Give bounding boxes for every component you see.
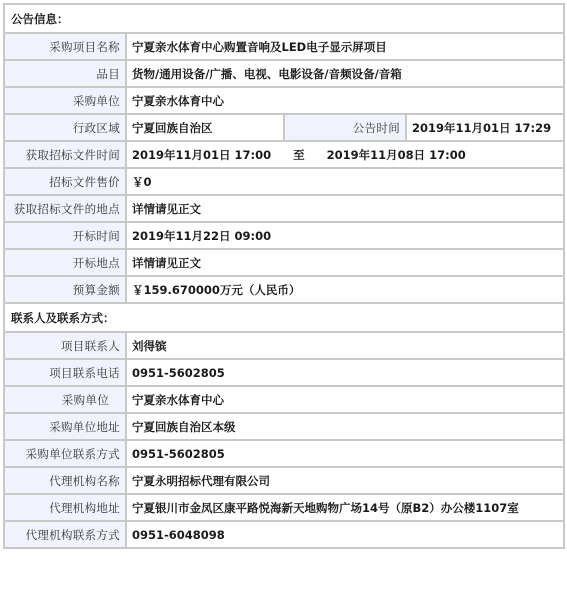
value-project-contact: 刘得镔 [126, 332, 564, 359]
value-purchaser: 宁夏亲水体育中心 [126, 87, 564, 114]
table-row: 开标地点 详情请见正文 [4, 249, 564, 276]
label-doc-time: 获取招标文件时间 [4, 141, 126, 168]
table-row: 采购单位地址 宁夏回族自治区本级 [4, 413, 564, 440]
value-agency-phone: 0951-6048098 [126, 521, 564, 548]
value-agency-address: 宁夏银川市金凤区康平路悦海新天地购物广场14号（原B2）办公楼1107室 [126, 494, 564, 521]
table-row: 开标时间 2019年11月22日 09:00 [4, 222, 564, 249]
section-title-announcement: 公告信息： [4, 4, 564, 33]
doc-time-start: 2019年11月01日 17:00 [132, 148, 271, 162]
table-row: 代理机构地址 宁夏银川市金凤区康平路悦海新天地购物广场14号（原B2）办公楼11… [4, 494, 564, 521]
table-row: 获取招标文件时间 2019年11月01日 17:00至2019年11月08日 1… [4, 141, 564, 168]
value-open-location: 详情请见正文 [126, 249, 564, 276]
table-row: 项目联系人 刘得镔 [4, 332, 564, 359]
label-purchaser-phone: 采购单位联系方式 [4, 440, 126, 467]
table-row: 代理机构联系方式 0951-6048098 [4, 521, 564, 548]
section-title-contacts: 联系人及联系方式： [4, 303, 564, 332]
label-agency-phone: 代理机构联系方式 [4, 521, 126, 548]
table-row: 采购项目名称 宁夏亲水体育中心购置音响及LED电子显示屏项目 [4, 33, 564, 60]
table-row: 预算金额 ￥159.670000万元（人民币） [4, 276, 564, 303]
table-row: 采购单位 宁夏亲水体育中心 [4, 87, 564, 114]
label-purchaser-address: 采购单位地址 [4, 413, 126, 440]
label-open-time: 开标时间 [4, 222, 126, 249]
value-purchaser-address: 宁夏回族自治区本级 [126, 413, 564, 440]
section-header-contacts: 联系人及联系方式： [4, 303, 564, 332]
label-doc-location: 获取招标文件的地点 [4, 195, 126, 222]
value-agency-name: 宁夏永明招标代理有限公司 [126, 467, 564, 494]
tender-notice: 公告信息： 采购项目名称 宁夏亲水体育中心购置音响及LED电子显示屏项目 品目 … [3, 3, 563, 549]
label-category: 品目 [4, 60, 126, 87]
value-doc-location: 详情请见正文 [126, 195, 564, 222]
value-budget: ￥159.670000万元（人民币） [126, 276, 564, 303]
label-project-contact: 项目联系人 [4, 332, 126, 359]
label-project-phone: 项目联系电话 [4, 359, 126, 386]
label-contact-purchaser: 采购单位 [4, 386, 126, 413]
value-contact-purchaser: 宁夏亲水体育中心 [126, 386, 564, 413]
table-row: 招标文件售价 ￥0 [4, 168, 564, 195]
value-doc-time: 2019年11月01日 17:00至2019年11月08日 17:00 [126, 141, 564, 168]
doc-time-separator: 至 [293, 148, 305, 162]
doc-time-end: 2019年11月08日 17:00 [327, 148, 466, 162]
value-purchaser-phone: 0951-5602805 [126, 440, 564, 467]
label-region: 行政区域 [4, 114, 126, 141]
section-header-announcement: 公告信息： [4, 4, 564, 33]
value-project-name: 宁夏亲水体育中心购置音响及LED电子显示屏项目 [126, 33, 564, 60]
label-agency-address: 代理机构地址 [4, 494, 126, 521]
value-announce-time: 2019年11月01日 17:29 [406, 114, 564, 141]
label-doc-price: 招标文件售价 [4, 168, 126, 195]
notice-table: 公告信息： 采购项目名称 宁夏亲水体育中心购置音响及LED电子显示屏项目 品目 … [3, 3, 565, 549]
table-row: 行政区域 宁夏回族自治区 公告时间 2019年11月01日 17:29 [4, 114, 564, 141]
label-agency-name: 代理机构名称 [4, 467, 126, 494]
table-row: 采购单位联系方式 0951-5602805 [4, 440, 564, 467]
label-announce-time: 公告时间 [284, 114, 406, 141]
value-region: 宁夏回族自治区 [126, 114, 284, 141]
label-purchaser: 采购单位 [4, 87, 126, 114]
value-open-time: 2019年11月22日 09:00 [126, 222, 564, 249]
table-row: 项目联系电话 0951-5602805 [4, 359, 564, 386]
table-row: 获取招标文件的地点 详情请见正文 [4, 195, 564, 222]
value-doc-price: ￥0 [126, 168, 564, 195]
value-category: 货物/通用设备/广播、电视、电影设备/音频设备/音箱 [126, 60, 564, 87]
label-project-name: 采购项目名称 [4, 33, 126, 60]
value-project-phone: 0951-5602805 [126, 359, 564, 386]
label-budget: 预算金额 [4, 276, 126, 303]
table-row: 采购单位 宁夏亲水体育中心 [4, 386, 564, 413]
table-row: 品目 货物/通用设备/广播、电视、电影设备/音频设备/音箱 [4, 60, 564, 87]
table-row: 代理机构名称 宁夏永明招标代理有限公司 [4, 467, 564, 494]
label-open-location: 开标地点 [4, 249, 126, 276]
